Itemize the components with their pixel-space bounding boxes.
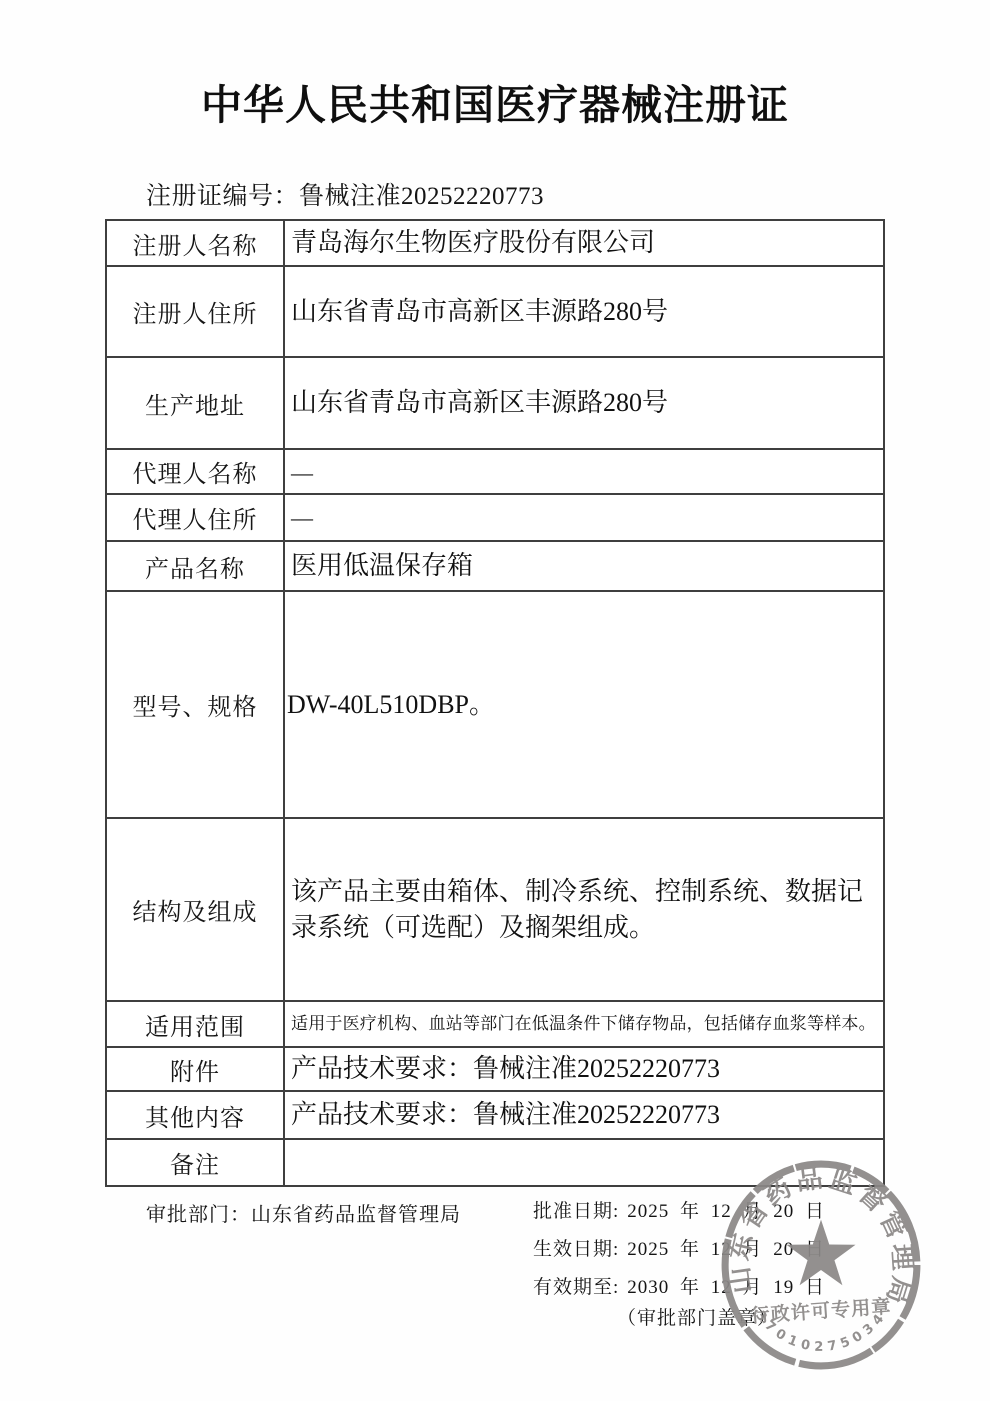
- row-value: —: [285, 495, 883, 540]
- table-row-product-name: 产品名称 医用低温保存箱: [107, 542, 883, 592]
- approval-date-label: 批准日期:: [533, 1201, 619, 1222]
- registration-number-label: 注册证编号：: [146, 183, 299, 210]
- table-row-intended-use: 适用范围 适用于医疗机构、血站等部门在低温条件下储存物品，包括储存血浆等样本。: [107, 1002, 883, 1048]
- certificate-page: 中华人民共和国医疗器械注册证 注册证编号：鲁械注准20252220773 注册人…: [0, 0, 990, 1401]
- row-label: 代理人住所: [107, 495, 285, 540]
- row-value: DW-40L510DBP。: [285, 592, 883, 817]
- row-label: 结构及组成: [107, 819, 285, 1000]
- approval-department-label: 审批部门：: [146, 1204, 251, 1226]
- table-row-production-address: 生产地址 山东省青岛市高新区丰源路280号: [107, 358, 883, 450]
- table-row-attachment: 附件 产品技术要求：鲁械注准20252220773: [107, 1048, 883, 1092]
- certificate-table: 注册人名称 青岛海尔生物医疗股份有限公司 注册人住所 山东省青岛市高新区丰源路2…: [105, 219, 885, 1187]
- official-seal-stamp: 山东省药品监督管理局 行政许可专用章 3701027503440: [720, 1158, 922, 1372]
- row-label: 代理人名称: [107, 450, 285, 493]
- table-row-registrant-address: 注册人住所 山东省青岛市高新区丰源路280号: [107, 267, 883, 358]
- row-value: 产品技术要求：鲁械注准20252220773: [285, 1092, 883, 1138]
- table-row-agent-name: 代理人名称 —: [107, 450, 883, 495]
- row-label: 其他内容: [107, 1092, 285, 1138]
- expiry-date-label: 有效期至:: [533, 1277, 619, 1298]
- row-label: 型号、规格: [107, 592, 285, 817]
- approval-department-value: 山东省药品监督管理局: [251, 1204, 461, 1226]
- row-value: 青岛海尔生物医疗股份有限公司: [285, 221, 883, 265]
- row-label: 生产地址: [107, 358, 285, 448]
- row-label: 注册人住所: [107, 267, 285, 356]
- row-label: 备注: [107, 1140, 285, 1185]
- registration-number-value: 鲁械注准20252220773: [299, 183, 544, 210]
- row-label: 产品名称: [107, 542, 285, 590]
- row-value: —: [285, 450, 883, 493]
- table-row-other-content: 其他内容 产品技术要求：鲁械注准20252220773: [107, 1092, 883, 1140]
- row-value: 产品技术要求：鲁械注准20252220773: [285, 1048, 883, 1090]
- table-row-model-spec: 型号、规格 DW-40L510DBP。: [107, 592, 883, 819]
- table-row-registrant-name: 注册人名称 青岛海尔生物医疗股份有限公司: [107, 221, 883, 267]
- row-value: 医用低温保存箱: [285, 542, 883, 590]
- approval-department-line: 审批部门：山东省药品监督管理局: [146, 1198, 461, 1227]
- row-value: 山东省青岛市高新区丰源路280号: [285, 358, 883, 448]
- effective-date-label: 生效日期:: [533, 1239, 619, 1260]
- row-label: 附件: [107, 1048, 285, 1090]
- row-label: 适用范围: [107, 1002, 285, 1046]
- seal-star-icon: [786, 1220, 855, 1286]
- registration-number-line: 注册证编号：鲁械注准20252220773: [146, 176, 544, 212]
- table-row-agent-address: 代理人住所 —: [107, 495, 883, 542]
- row-value: 该产品主要由箱体、制冷系统、控制系统、数据记录系统（可选配）及搁架组成。: [285, 819, 883, 1000]
- row-value: 适用于医疗机构、血站等部门在低温条件下储存物品，包括储存血浆等样本。: [285, 1002, 883, 1046]
- row-value: 山东省青岛市高新区丰源路280号: [285, 267, 883, 356]
- page-title: 中华人民共和国医疗器械注册证: [0, 72, 990, 131]
- table-row-structure-composition: 结构及组成 该产品主要由箱体、制冷系统、控制系统、数据记录系统（可选配）及搁架组…: [107, 819, 883, 1002]
- row-label: 注册人名称: [107, 221, 285, 265]
